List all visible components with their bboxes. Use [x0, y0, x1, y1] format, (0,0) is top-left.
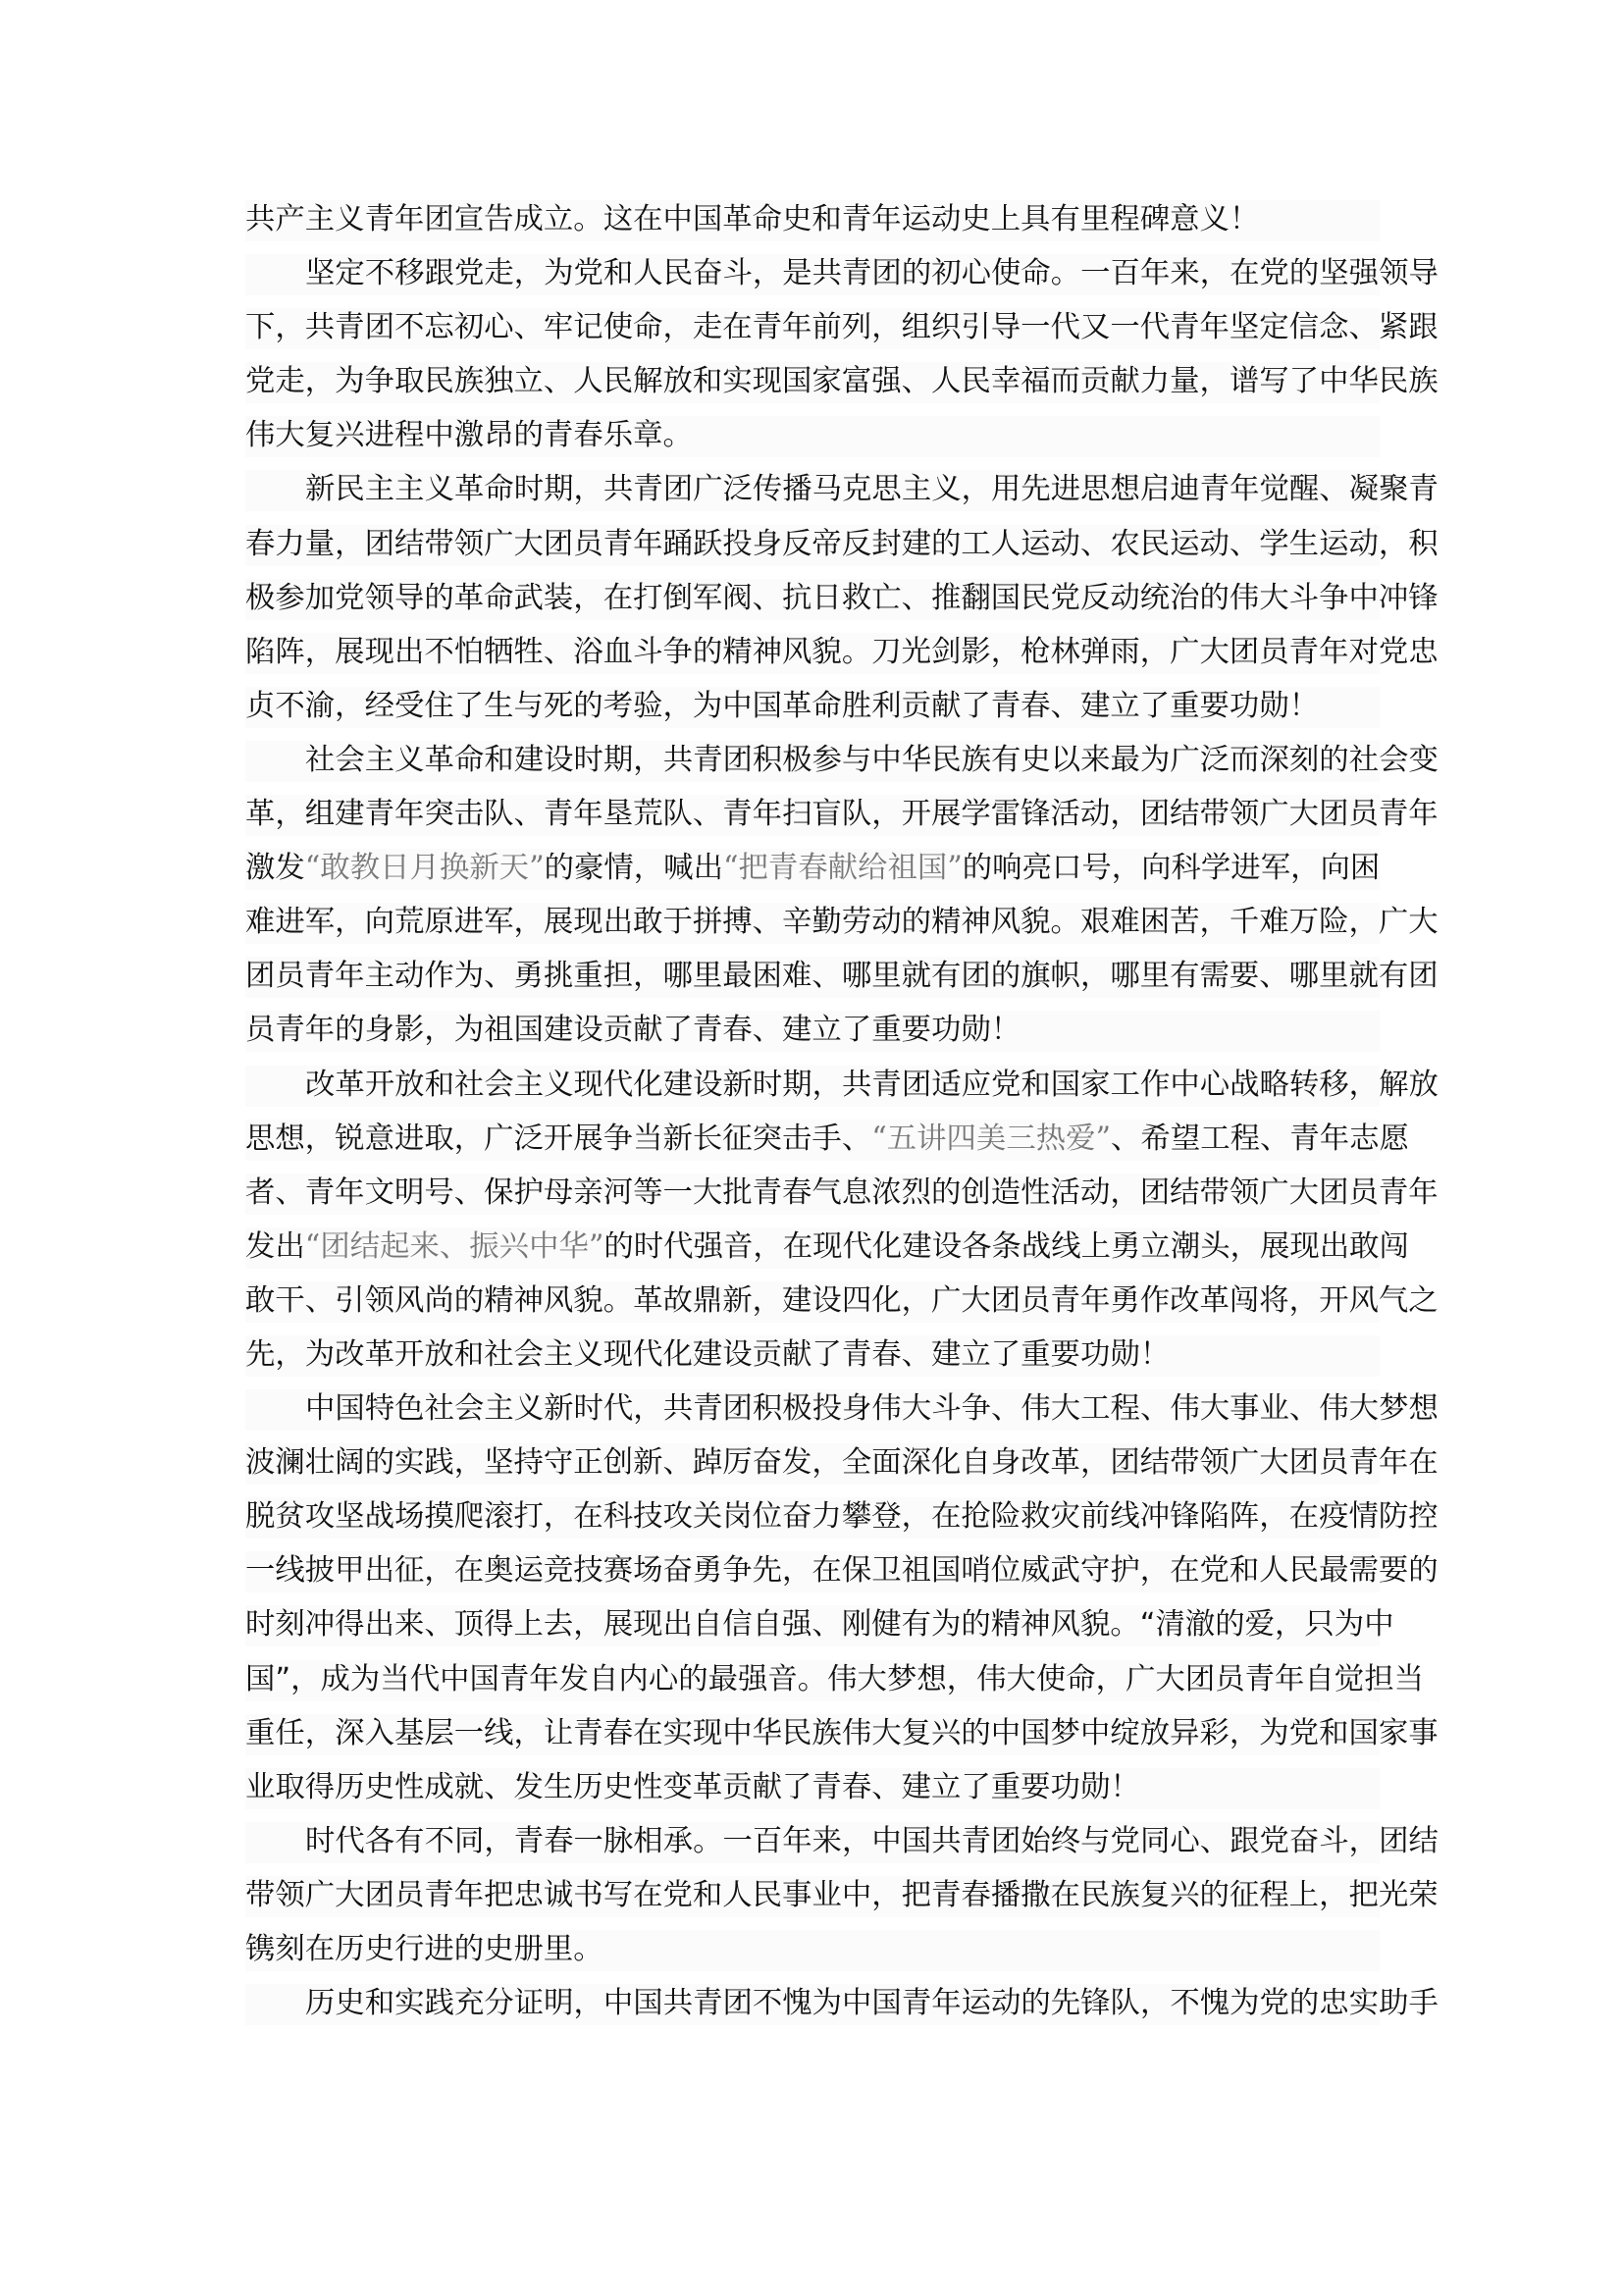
- quoted-phrase: “团结起来、振兴中华”: [305, 1229, 604, 1264]
- quoted-phrase: “敢教日月换新天”: [305, 851, 545, 885]
- text-segment: 思想，锐意进取，广泛开展争当新长征突击手、: [245, 1122, 871, 1156]
- text-line: 员青年的身影，为祖国建设贡献了青春、建立了重要功勋！: [245, 1003, 1380, 1057]
- text-line: 贞不渝，经受住了生与死的考验，为中国革命胜利贡献了青春、建立了重要功勋！: [245, 679, 1380, 733]
- text-line: 春力量，团结带领广大团员青年踊跃投身反帝反封建的工人运动、农民运动、学生运动，积: [245, 517, 1380, 571]
- text-line: 党走，为争取民族独立、人民解放和实现国家富强、人民幸福而贡献力量，谱写了中华民族: [245, 354, 1380, 408]
- paragraph-first-line: 历史和实践充分证明，中国共青团不愧为中国青年运动的先锋队，不愧为党的忠实助手: [245, 1976, 1380, 2030]
- text-line: 国”，成为当代中国青年发自内心的最强音。伟大梦想，伟大使命，广大团员青年自觉担当: [245, 1652, 1380, 1706]
- text-segment: 发出: [245, 1229, 305, 1264]
- paragraph-first-line: 新民主主义革命时期，共青团广泛传播马克思主义，用先进思想启迪青年觉醒、凝聚青: [245, 462, 1380, 516]
- text-line: 发出“团结起来、振兴中华”的时代强音，在现代化建设各条战线上勇立潮头，展现出敢闯: [245, 1220, 1380, 1274]
- text-line: 重任，深入基层一线，让青春在实现中华民族伟大复兴的中国梦中绽放异彩，为党和国家事: [245, 1706, 1380, 1760]
- text-line: 团员青年主动作为、勇挑重担，哪里最困难、哪里就有团的旗帜，哪里有需要、哪里就有团: [245, 949, 1380, 1003]
- text-line: 伟大复兴进程中激昂的青春乐章。: [245, 408, 1380, 462]
- text-segment: 的响亮口号，向科学进军，向困: [963, 851, 1380, 885]
- text-line: 波澜壮阔的实践，坚持守正创新、踔厉奋发，全面深化自身改革，团结带领广大团员青年在: [245, 1435, 1380, 1489]
- quoted-phrase: “五讲四美三热爱”: [871, 1122, 1111, 1156]
- text-line: 极参加党领导的革命武装，在打倒军阀、抗日救亡、推翻国民党反动统治的伟大斗争中冲锋: [245, 571, 1380, 625]
- document-page: 共产主义青年团宣告成立。这在中国革命史和青年运动史上具有里程碑意义！坚定不移跟党…: [245, 192, 1380, 2030]
- text-line: 革，组建青年突击队、青年垦荒队、青年扫盲队，开展学雷锋活动，团结带领广大团员青年: [245, 787, 1380, 841]
- text-line: 共产主义青年团宣告成立。这在中国革命史和青年运动史上具有里程碑意义！: [245, 192, 1380, 246]
- text-line: 敢干、引领风尚的精神风貌。革故鼎新，建设四化，广大团员青年勇作改革闯将，开风气之: [245, 1274, 1380, 1328]
- text-line: 带领广大团员青年把忠诚书写在党和人民事业中，把青春播撒在民族复兴的征程上，把光荣: [245, 1868, 1380, 1922]
- text-segment: 、希望工程、青年志愿: [1111, 1122, 1409, 1156]
- text-segment: 激发: [245, 851, 305, 885]
- text-line: 者、青年文明号、保护母亲河等一大批青春气息浓烈的创造性活动，团结带领广大团员青年: [245, 1166, 1380, 1220]
- text-segment: 的豪情，喊出: [545, 851, 723, 885]
- paragraph-first-line: 时代各有不同，青春一脉相承。一百年来，中国共青团始终与党同心、跟党奋斗，团结: [245, 1814, 1380, 1868]
- text-line: 业取得历史性成就、发生历史性变革贡献了青春、建立了重要功勋！: [245, 1760, 1380, 1814]
- paragraph-first-line: 改革开放和社会主义现代化建设新时期，共青团适应党和国家工作中心战略转移，解放: [245, 1058, 1380, 1112]
- paragraph-first-line: 中国特色社会主义新时代，共青团积极投身伟大斗争、伟大工程、伟大事业、伟大梦想: [245, 1382, 1380, 1435]
- quoted-phrase: “把青春献给祖国”: [723, 851, 963, 885]
- text-line: 下，共青团不忘初心、牢记使命，走在青年前列，组织引导一代又一代青年坚定信念、紧跟: [245, 300, 1380, 354]
- text-line: 思想，锐意进取，广泛开展争当新长征突击手、“五讲四美三热爱”、希望工程、青年志愿: [245, 1112, 1380, 1166]
- text-line: 脱贫攻坚战场摸爬滚打，在科技攻关岗位奋力攀登，在抢险救灾前线冲锋陷阵，在疫情防控: [245, 1489, 1380, 1543]
- text-segment: 的时代强音，在现代化建设各条战线上勇立潮头，展现出敢闯: [603, 1229, 1409, 1264]
- text-line: 先，为改革开放和社会主义现代化建设贡献了青春、建立了重要功勋！: [245, 1328, 1380, 1382]
- text-line: 激发“敢教日月换新天”的豪情，喊出“把青春献给祖国”的响亮口号，向科学进军，向困: [245, 841, 1380, 895]
- text-line: 陷阵，展现出不怕牺牲、浴血斗争的精神风貌。刀光剑影，枪林弹雨，广大团员青年对党忠: [245, 625, 1380, 679]
- text-line: 时刻冲得出来、顶得上去，展现出自信自强、刚健有为的精神风貌。“清澈的爱，只为中: [245, 1597, 1380, 1651]
- text-line: 难进军，向荒原进军，展现出敢于拼搏、辛勤劳动的精神风貌。艰难困苦，千难万险，广大: [245, 895, 1380, 949]
- text-line: 镌刻在历史行进的史册里。: [245, 1922, 1380, 1976]
- paragraph-first-line: 坚定不移跟党走，为党和人民奋斗，是共青团的初心使命。一百年来，在党的坚强领导: [245, 246, 1380, 300]
- text-line: 一线披甲出征，在奥运竞技赛场奋勇争先，在保卫祖国哨位威武守护，在党和人民最需要的: [245, 1543, 1380, 1597]
- paragraph-first-line: 社会主义革命和建设时期，共青团积极参与中华民族有史以来最为广泛而深刻的社会变: [245, 733, 1380, 787]
